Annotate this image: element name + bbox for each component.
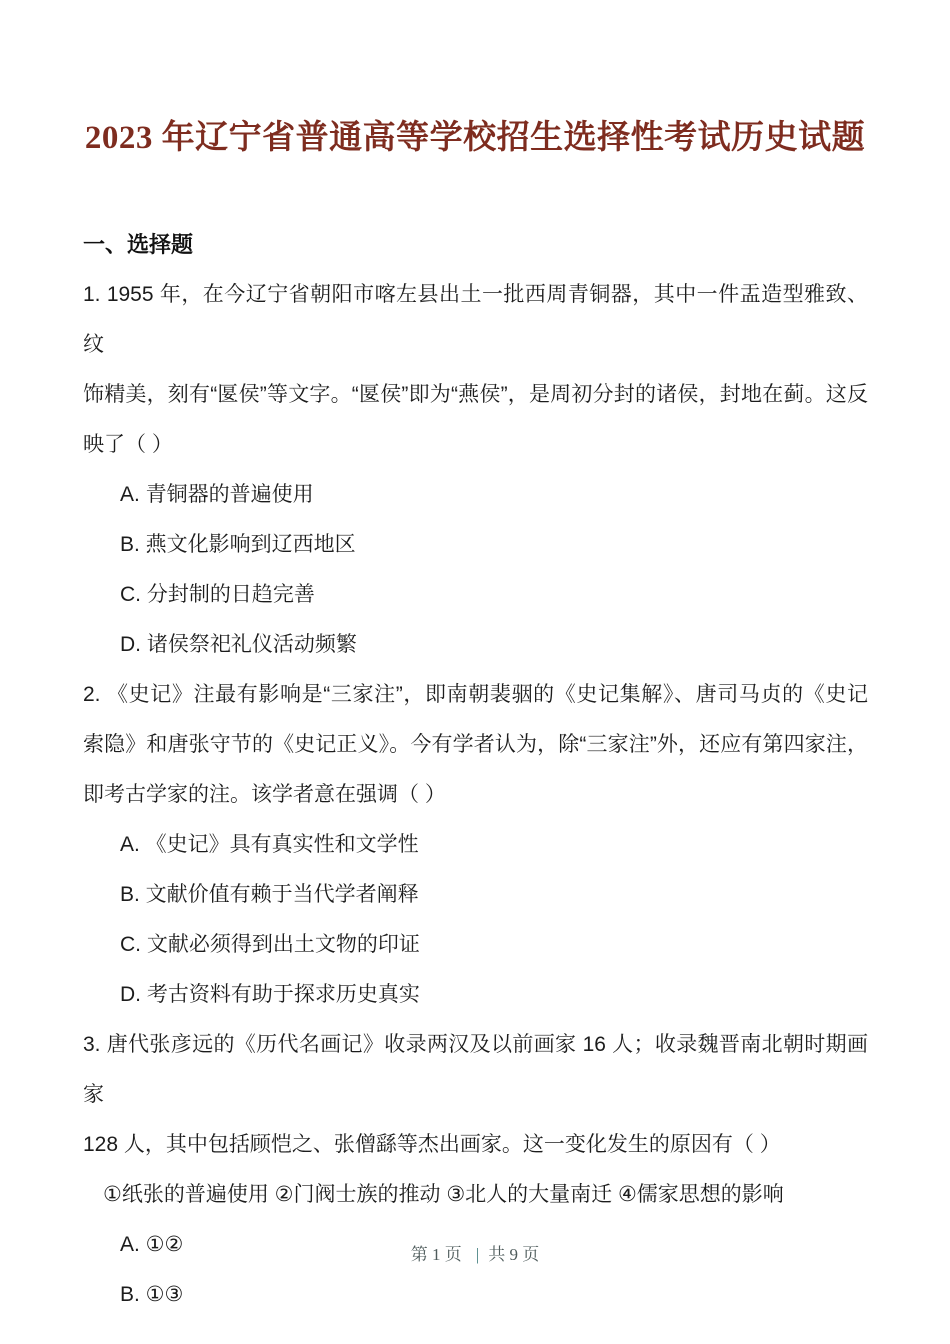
section-heading: 一、选择题 <box>83 230 868 260</box>
question-1: 1. 1955 年，在今辽宁省朝阳市喀左县出土一批西周青铜器，其中一件盂造型雅致… <box>83 270 868 670</box>
question-3-stem-line-2: 128 人，其中包括顾恺之、张僧繇等杰出画家。这一变化发生的原因有（ ） <box>83 1120 868 1170</box>
questions-list: 1. 1955 年，在今辽宁省朝阳市喀左县出土一批西周青铜器，其中一件盂造型雅致… <box>83 270 868 1320</box>
question-2-stem-line-1: 2. 《史记》注最有影响是“三家注”，即南朝裴骃的《史记集解》、唐司马贞的《史记 <box>83 670 868 720</box>
question-2-stem-line-3: 即考古学家的注。该学者意在强调（ ） <box>83 770 868 820</box>
question-1-option-c: C. 分封制的日趋完善 <box>83 570 868 620</box>
question-1-stem-line-1: 1. 1955 年，在今辽宁省朝阳市喀左县出土一批西周青铜器，其中一件盂造型雅致… <box>83 270 868 370</box>
question-2-stem-line-2: 索隐》和唐张守节的《史记正义》。今有学者认为，除“三家注”外，还应有第四家注， <box>83 720 868 770</box>
page-footer: 第 1 页|共 9 页 <box>0 1240 950 1265</box>
question-3-option-b: B. ①③ <box>83 1270 868 1320</box>
question-3: 3. 唐代张彦远的《历代名画记》收录两汉及以前画家 16 人；收录魏晋南北朝时期… <box>83 1020 868 1320</box>
footer-separator: | <box>476 1245 479 1264</box>
question-2: 2. 《史记》注最有影响是“三家注”，即南朝裴骃的《史记集解》、唐司马贞的《史记… <box>83 670 868 1020</box>
footer-current-page: 第 1 页 <box>411 1245 462 1264</box>
exam-document-page: 2023 年辽宁省普通高等学校招生选择性考试历史试题 一、选择题 1. 1955… <box>0 0 950 1344</box>
question-3-numbered-items: ①纸张的普遍使用 ②门阀士族的推动 ③北人的大量南迁 ④儒家思想的影响 <box>83 1170 868 1220</box>
question-1-option-b: B. 燕文化影响到辽西地区 <box>83 520 868 570</box>
document-title: 2023 年辽宁省普通高等学校招生选择性考试历史试题 <box>0 0 950 160</box>
question-2-option-c: C. 文献必须得到出土文物的印证 <box>83 920 868 970</box>
question-2-option-a: A. 《史记》具有真实性和文学性 <box>83 820 868 870</box>
question-3-stem-line-1: 3. 唐代张彦远的《历代名画记》收录两汉及以前画家 16 人；收录魏晋南北朝时期… <box>83 1020 868 1120</box>
question-2-option-b: B. 文献价值有赖于当代学者阐释 <box>83 870 868 920</box>
footer-total-pages: 共 9 页 <box>488 1245 539 1264</box>
question-1-option-a: A. 青铜器的普遍使用 <box>83 470 868 520</box>
question-1-option-d: D. 诸侯祭祀礼仪活动频繁 <box>83 620 868 670</box>
question-1-stem-line-2: 饰精美，刻有“匽侯”等文字。“匽侯”即为“燕侯”，是周初分封的诸侯，封地在蓟。这… <box>83 370 868 420</box>
question-1-stem-line-3: 映了（ ） <box>83 420 868 470</box>
question-2-option-d: D. 考古资料有助于探求历史真实 <box>83 970 868 1020</box>
